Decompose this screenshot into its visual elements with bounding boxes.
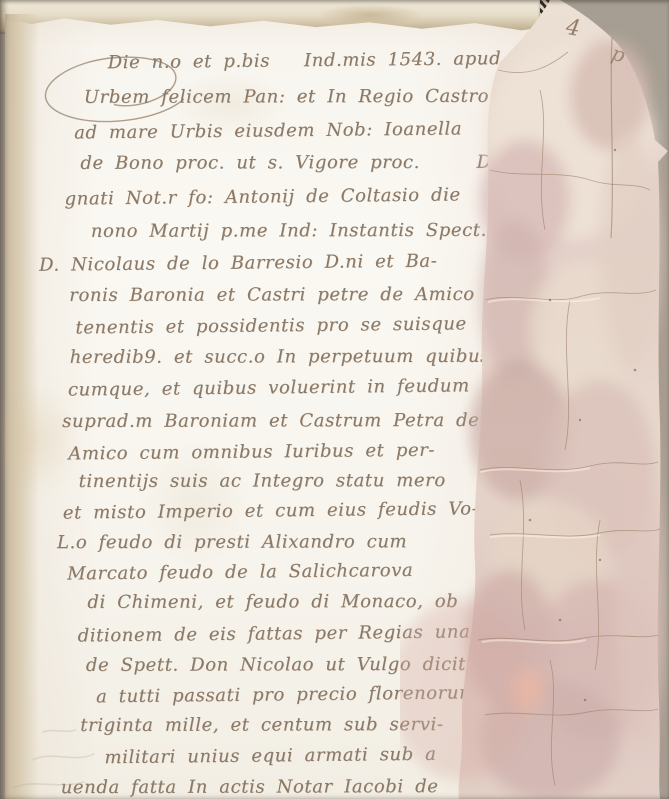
manuscript-line: Marcato feudo de la Salichcarova — [67, 560, 413, 585]
torn-damaged-edge — [400, 0, 669, 799]
manuscript-photo: Die n.o et p.bis Ind.mis 1543. apud Urbe… — [0, 0, 669, 799]
manuscript-line: L.o feudo di presti Alixandro cum — [57, 531, 407, 553]
manuscript-line: tinentijs suis ac Integro statu mero — [79, 470, 446, 492]
manuscript-line: D. Nicolaus de lo Barresio D.ni et Ba- — [39, 251, 438, 276]
manuscript-line: Amico cum omnibus Iuribus et per- — [68, 440, 435, 465]
show-through-ink-marks — [2, 719, 203, 799]
stain-patches — [400, 40, 665, 799]
